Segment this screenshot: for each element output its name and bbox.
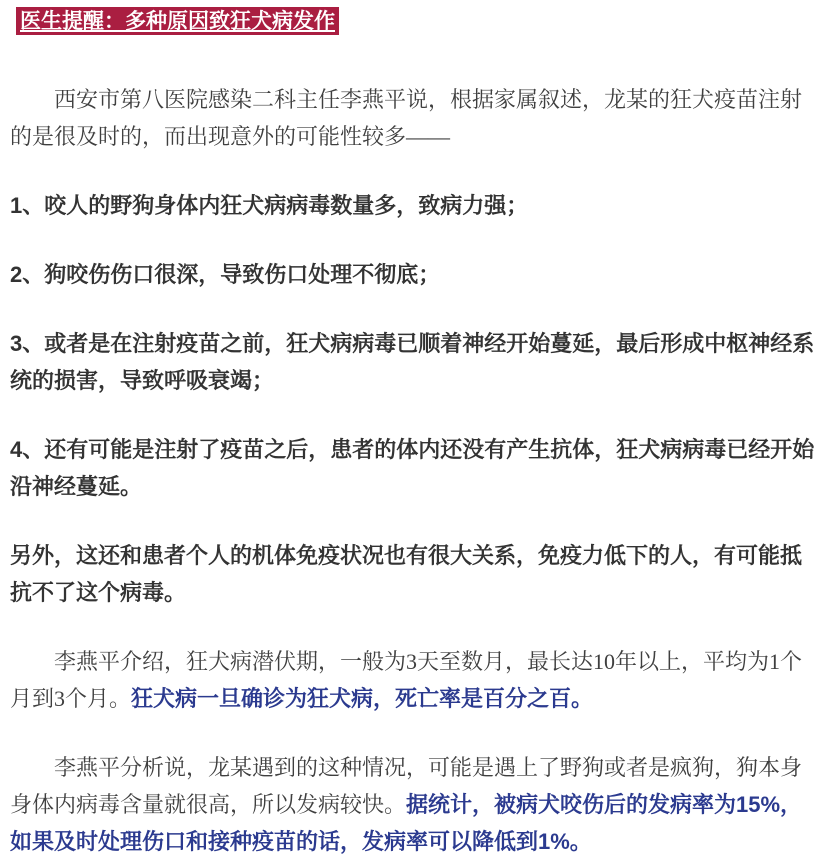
analysis-paragraph: 李燕平分析说，龙某遇到的这种情况，可能是遇上了野狗或者是疯狗，狗本身身体内病毒含… [10,749,823,858]
article-page: 医生提醒：多种原因致狂犬病发作 西安市第八医院感染二科主任李燕平说，根据家属叙述… [0,0,833,858]
point-4: 4、还有可能是注射了疫苗之后，患者的体内还没有产生抗体，狂犬病病毒已经开始沿神经… [10,431,823,505]
incubation-paragraph: 李燕平介绍，狂犬病潜伏期，一般为3天至数月，最长达10年以上，平均为1个月到3个… [10,643,823,717]
intro-paragraph: 西安市第八医院感染二科主任李燕平说，根据家属叙述，龙某的狂犬疫苗注射的是很及时的… [10,81,823,155]
point-1: 1、咬人的野狗身体内狂犬病病毒数量多，致病力强； [10,187,823,224]
point-2: 2、狗咬伤伤口很深，导致伤口处理不彻底； [10,256,823,293]
headline-row: 医生提醒：多种原因致狂犬病发作 [16,7,823,35]
headline-link[interactable]: 医生提醒：多种原因致狂犬病发作 [16,7,339,35]
note-paragraph: 另外，这还和患者个人的机体免疫状况也有很大关系，免疫力低下的人，有可能抵抗不了这… [10,537,823,611]
point-3: 3、或者是在注射疫苗之前，狂犬病病毒已顺着神经开始蔓延，最后形成中枢神经系统的损… [10,325,823,399]
incubation-highlight-text: 狂犬病一旦确诊为狂犬病，死亡率是百分之百。 [131,686,593,711]
